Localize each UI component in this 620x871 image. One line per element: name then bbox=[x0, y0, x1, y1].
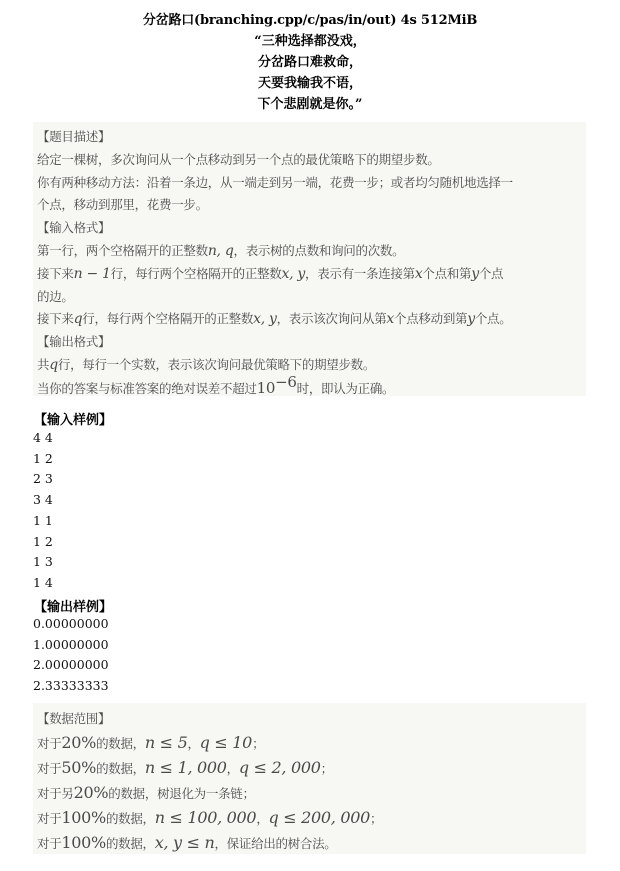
sample-input-block: 4 4 1 2 2 3 3 4 1 1 1 2 1 3 1 4 bbox=[33, 428, 53, 594]
text: 的数据，树退化为一条链； bbox=[108, 786, 254, 801]
math: x, y bbox=[253, 311, 277, 327]
math: q bbox=[49, 357, 58, 373]
constraints-heading: 【数据范围】 bbox=[37, 707, 586, 731]
math: q ≤ 10 bbox=[200, 733, 252, 752]
text: ，表示树的点数和询问的次数。 bbox=[234, 243, 405, 258]
constraint-row: 对于50%的数据，n ≤ 1, 000，q ≤ 2, 000； bbox=[37, 756, 586, 781]
output-format-line: 共q行，每行一个实数，表示该次询问最优策略下的期望步数。 bbox=[37, 354, 586, 377]
text: 行，每行两个空格隔开的正整数 bbox=[111, 266, 282, 281]
input-format-line: 接下来q行，每行两个空格隔开的正整数x, y，表示该次询问从第x个点移动到第y个… bbox=[37, 308, 586, 331]
percent: 20% bbox=[61, 733, 96, 752]
input-format-line: 接下来n − 1行，每行两个空格隔开的正整数x, y，表示有一条连接第x个点和第… bbox=[37, 263, 586, 286]
poem-line-4: 下个悲剧就是你。” bbox=[0, 94, 620, 115]
text: 的数据， bbox=[106, 836, 155, 851]
math: n ≤ 5 bbox=[145, 733, 188, 752]
math: y bbox=[467, 311, 475, 327]
sample-input-line: 3 4 bbox=[33, 490, 53, 511]
text: ，保证给出的树合法。 bbox=[214, 836, 336, 851]
problem-title: 分岔路口(branching.cpp/c/pas/in/out) 4s 512M… bbox=[0, 10, 620, 31]
math: y bbox=[471, 266, 479, 282]
sample-output-block: 0.00000000 1.00000000 2.00000000 2.33333… bbox=[33, 614, 109, 697]
constraints-box: 【数据范围】 对于20%的数据，n ≤ 5，q ≤ 10； 对于50%的数据，n… bbox=[33, 703, 586, 854]
input-format-line: 的边。 bbox=[37, 286, 586, 309]
text: ，表示该次询问从第 bbox=[277, 311, 387, 326]
text: 个点移动到第 bbox=[394, 311, 467, 326]
text: 的数据， bbox=[96, 761, 145, 776]
constraint-row: 对于100%的数据，x, y ≤ n，保证给出的树合法。 bbox=[37, 831, 586, 856]
text: 当你的答案与标准答案的绝对误差不超过 bbox=[37, 381, 257, 396]
output-format-line: 当你的答案与标准答案的绝对误差不超过10−6时，即认为正确。 bbox=[37, 377, 586, 401]
percent: 100% bbox=[61, 833, 106, 852]
percent: 100% bbox=[61, 808, 106, 827]
text: ， bbox=[256, 811, 268, 826]
text: 接下来 bbox=[37, 311, 74, 326]
text: 的数据， bbox=[96, 736, 145, 751]
text: 第一行，两个空格隔开的正整数 bbox=[37, 243, 208, 258]
input-format-heading: 【输入格式】 bbox=[37, 217, 586, 240]
text: ； bbox=[252, 736, 264, 751]
math: x, y bbox=[281, 266, 305, 282]
math: q bbox=[74, 311, 83, 327]
sample-input-line: 2 3 bbox=[33, 469, 53, 490]
description-line: 给定一棵树，多次询问从一个点移动到另一个点的最优策略下的期望步数。 bbox=[37, 149, 586, 172]
text: 对于另 bbox=[37, 786, 74, 801]
text: 个点和第 bbox=[422, 266, 471, 281]
text: 时，即认为正确。 bbox=[297, 381, 395, 396]
poem-line-3: 天要我输我不语， bbox=[0, 73, 620, 94]
text: ； bbox=[370, 811, 382, 826]
text: 接下来 bbox=[37, 266, 74, 281]
sample-input-line: 1 3 bbox=[33, 552, 53, 573]
sample-output-line: 1.00000000 bbox=[33, 635, 109, 656]
math: x, y ≤ n bbox=[155, 833, 215, 852]
description-box: 【题目描述】 给定一棵树，多次询问从一个点移动到另一个点的最优策略下的期望步数。… bbox=[33, 122, 586, 396]
math: n ≤ 100, 000 bbox=[155, 808, 257, 827]
math: x bbox=[386, 311, 394, 327]
text: ， bbox=[227, 761, 239, 776]
description-line: 个点，移动到那里，花费一步。 bbox=[37, 194, 586, 217]
sample-input-line: 1 1 bbox=[33, 511, 53, 532]
input-format-line: 第一行，两个空格隔开的正整数n, q，表示树的点数和询问的次数。 bbox=[37, 240, 586, 263]
sample-input-line: 1 2 bbox=[33, 449, 53, 470]
text: 对于 bbox=[37, 736, 61, 751]
sample-output-line: 0.00000000 bbox=[33, 614, 109, 635]
sample-input-line: 1 4 bbox=[33, 573, 53, 594]
math: q ≤ 200, 000 bbox=[269, 808, 370, 827]
math: q ≤ 2, 000 bbox=[239, 758, 321, 777]
text: 行，每行一个实数，表示该次询问最优策略下的期望步数。 bbox=[58, 357, 375, 372]
constraint-row: 对于100%的数据，n ≤ 100, 000，q ≤ 200, 000； bbox=[37, 806, 586, 831]
math: n, q bbox=[208, 243, 234, 259]
percent: 50% bbox=[61, 758, 96, 777]
poem-line-1: “三种选择都没戏， bbox=[0, 31, 620, 52]
text: 对于 bbox=[37, 811, 61, 826]
constraint-row: 对于20%的数据，n ≤ 5，q ≤ 10； bbox=[37, 731, 586, 756]
math-exponent: −6 bbox=[275, 373, 297, 391]
problem-header: 分岔路口(branching.cpp/c/pas/in/out) 4s 512M… bbox=[0, 10, 620, 115]
math: 10 bbox=[257, 379, 276, 397]
math: n − 1 bbox=[74, 266, 111, 282]
sample-output-heading: 【输出样例】 bbox=[34, 596, 112, 615]
text: 对于 bbox=[37, 836, 61, 851]
sample-output-line: 2.00000000 bbox=[33, 655, 109, 676]
text: 对于 bbox=[37, 761, 61, 776]
description-heading: 【题目描述】 bbox=[37, 126, 586, 149]
poem-line-2: 分岔路口难救命， bbox=[0, 52, 620, 73]
text: ，表示有一条连接第 bbox=[305, 266, 415, 281]
output-format-heading: 【输出格式】 bbox=[37, 331, 586, 354]
percent: 20% bbox=[74, 783, 109, 802]
sample-input-heading: 【输入样例】 bbox=[34, 409, 112, 428]
text: 行，每行两个空格隔开的正整数 bbox=[82, 311, 253, 326]
text: 个点。 bbox=[475, 311, 512, 326]
math: n ≤ 1, 000 bbox=[145, 758, 227, 777]
text: 的数据， bbox=[106, 811, 155, 826]
sample-input-line: 4 4 bbox=[33, 428, 53, 449]
description-line: 你有两种移动方法：沿着一条边，从一端走到另一端，花费一步；或者均匀随机地选择一 bbox=[37, 172, 586, 195]
sample-input-line: 1 2 bbox=[33, 532, 53, 553]
text: ； bbox=[321, 761, 333, 776]
text: ， bbox=[187, 736, 199, 751]
sample-output-line: 2.33333333 bbox=[33, 676, 109, 697]
constraint-row: 对于另20%的数据，树退化为一条链； bbox=[37, 781, 586, 806]
text: 个点 bbox=[479, 266, 503, 281]
text: 共 bbox=[37, 357, 49, 372]
